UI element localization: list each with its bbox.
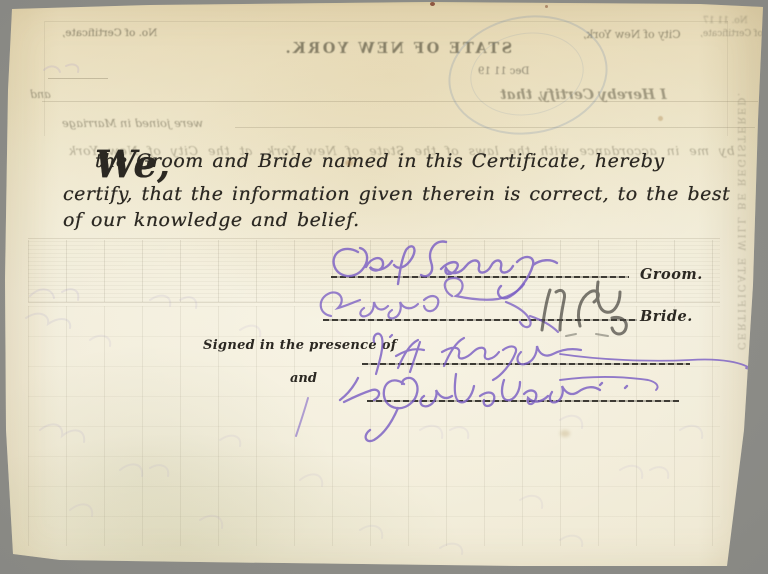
stain-spot [658,116,663,121]
ink-speck [430,2,435,6]
ink-speck [545,5,548,8]
stain-spot [560,430,570,437]
stain-spot [345,160,353,166]
scan-background: No. of Certificate, No. 11 17 No. of Cer… [0,0,768,574]
signatures-layer [0,0,768,574]
witness1-signature [374,334,754,380]
certificate-paper: No. of Certificate, No. 11 17 No. of Cer… [0,0,768,574]
bride-signature [321,278,558,332]
witness2-signature [296,374,658,441]
